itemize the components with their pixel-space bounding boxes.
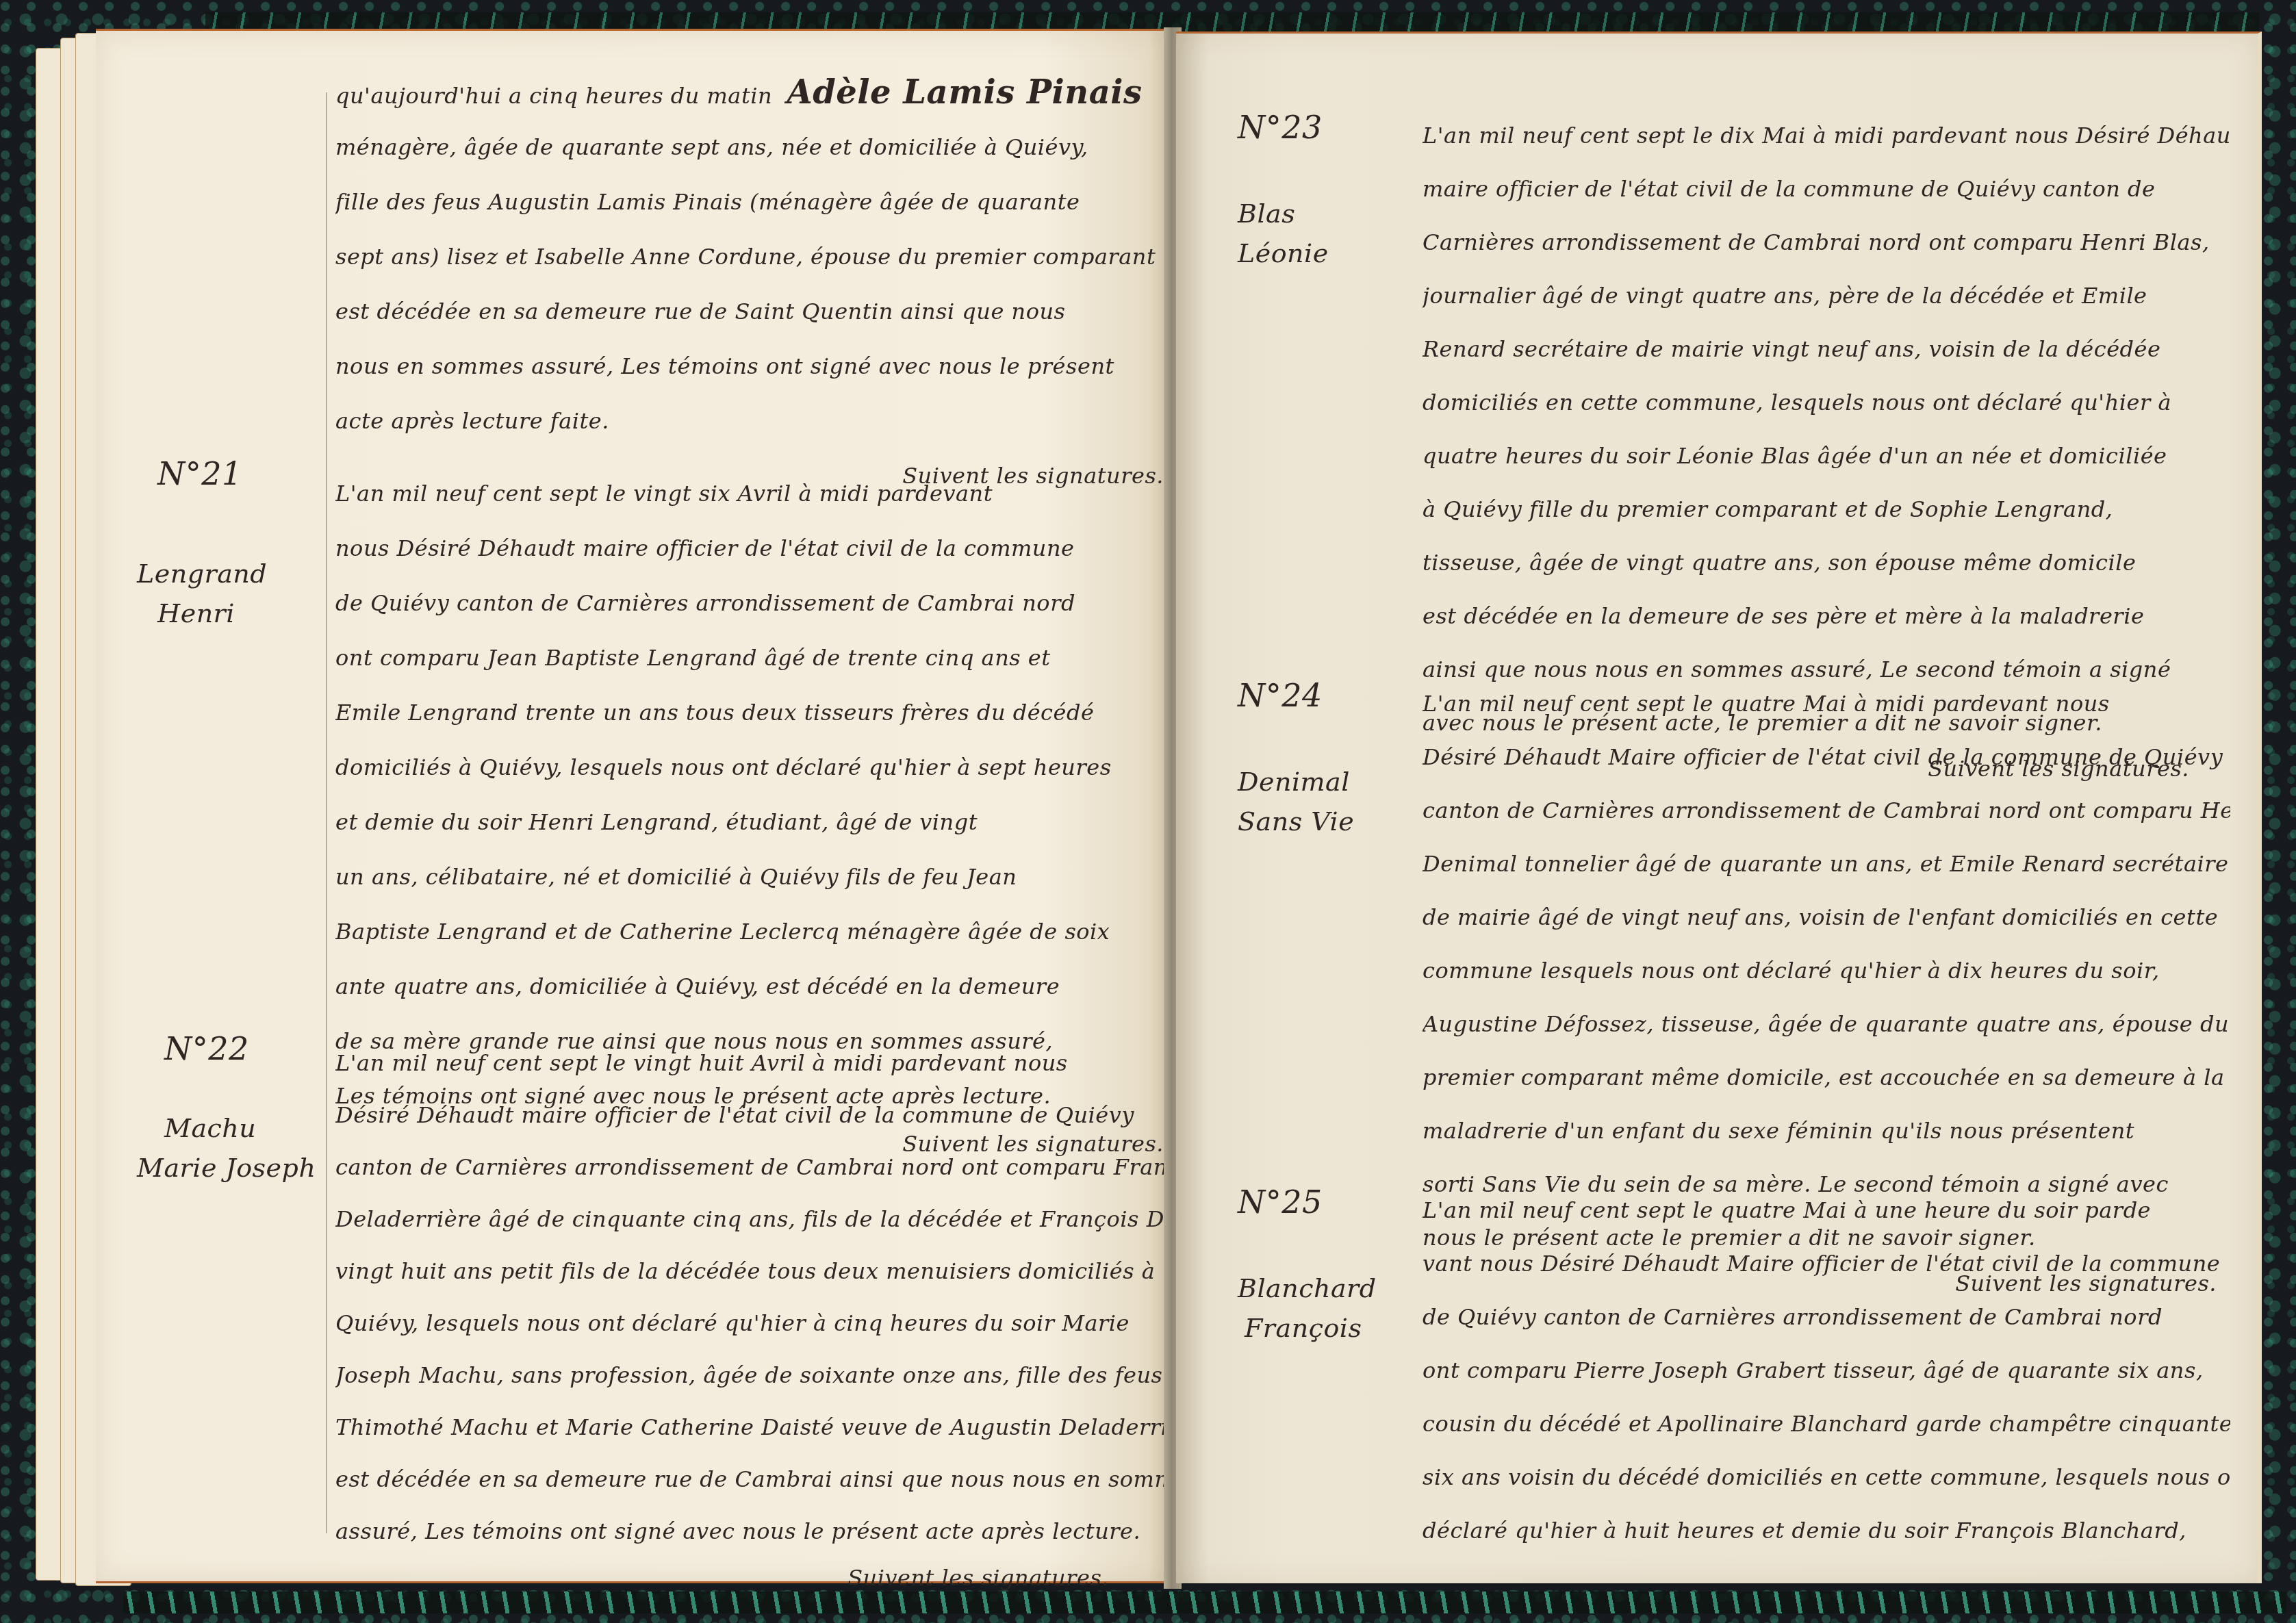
- entry-text-line: acte après lecture faite.: [335, 394, 1205, 448]
- entry-text-line: ante quatre ans, domiciliée à Quiévy, es…: [335, 959, 1205, 1014]
- right-page: N°23 Blas Léonie L'an mil neuf cent sept…: [1176, 31, 2262, 1583]
- entry-text-line: premier comparant même domicile, est acc…: [1423, 1051, 2230, 1104]
- entry-number: N°25: [1238, 1184, 1402, 1221]
- entry-continuation: qu'aujourd'hui a cinq heures du matin Ad…: [335, 65, 1205, 503]
- entry-text-line: L'an mil neuf cent sept le dix Mai à mid…: [1423, 109, 2230, 162]
- entry-text-line: L'an mil neuf cent sept le vingt six Avr…: [335, 466, 1205, 521]
- margin-given-name: Léonie: [1238, 233, 1402, 273]
- entry-text-line: maladrerie d'un enfant du sexe féminin q…: [1423, 1104, 2230, 1158]
- entry-text-line: est décédée en sa demeure rue de Cambrai…: [335, 1453, 1205, 1505]
- entry-text-line: nous Désiré Déhaudt maire officier de l'…: [335, 521, 1205, 576]
- entry-text-line: vant nous Désiré Déhaudt Maire officier …: [1423, 1237, 2230, 1290]
- left-page: qu'aujourd'hui a cinq heures du matin Ad…: [96, 29, 1171, 1583]
- entry-text-line: ont comparu Pierre Joseph Grabert tisseu…: [1423, 1344, 2230, 1397]
- margin-surname: Blanchard: [1238, 1268, 1402, 1308]
- entry-text-line: de Quiévy canton de Carnières arrondisse…: [1423, 1290, 2230, 1344]
- entry-margin-24: N°24 Denimal Sans Vie: [1238, 677, 1402, 841]
- margin-given-name: François: [1238, 1308, 1402, 1348]
- margin-surname: Lengrand: [137, 554, 315, 593]
- entry-22-body: L'an mil neuf cent sept le vingt huit Av…: [335, 1037, 1205, 1598]
- entry-margin-22: N°22 Machu Marie Joseph: [137, 1030, 329, 1188]
- entry-text-line: canton de Carnières arrondissement de Ca…: [1423, 784, 2230, 837]
- entry-text-line: Désiré Déhaudt maire officier de l'état …: [335, 1089, 1205, 1141]
- entry-number: N°24: [1238, 677, 1402, 714]
- entry-number: N°23: [1238, 109, 1402, 146]
- entry-text-line: Augustine Défossez, tisseuse, âgée de qu…: [1423, 997, 2230, 1051]
- entry-text-line: Emile Lengrand trente un ans tous deux t…: [335, 685, 1205, 740]
- entry-text-line: tisseuse, âgée de vingt quatre ans, son …: [1423, 536, 2230, 589]
- entry-text-line: nous en sommes assuré, Les témoins ont s…: [335, 339, 1205, 394]
- entry-text-line: Deladerrière âgé de cinquante cinq ans, …: [335, 1193, 1205, 1245]
- entry-text-line: L'an mil neuf cent sept le quatre Mai à …: [1423, 677, 2230, 730]
- left-margin-rule: [326, 92, 327, 1533]
- entry-text-line: à Quiévy fille du premier comparant et d…: [1423, 483, 2230, 536]
- entry-text-line: ont comparu Jean Baptiste Lengrand âgé d…: [335, 630, 1205, 685]
- entry-text-line: Denimal tonnelier âgé de quarante un ans…: [1423, 837, 2230, 891]
- entry-text-line: Joseph Machu, sans profession, âgée de s…: [335, 1349, 1205, 1401]
- entry-text-line: commune lesquels nous ont déclaré qu'hie…: [1423, 944, 2230, 997]
- deceased-name: Adèle Lamis Pinais: [787, 73, 1142, 112]
- entry-text-line: vingt huit ans petit fils de la décédée …: [335, 1245, 1205, 1297]
- entry-text-line: qu'aujourd'hui a cinq heures du matin: [335, 83, 772, 109]
- margin-surname: Machu: [137, 1108, 329, 1148]
- entry-text-line: Baptiste Lengrand et de Catherine Lecler…: [335, 904, 1205, 959]
- entry-text-line: domiciliés à Quiévy, lesquels nous ont d…: [335, 740, 1205, 795]
- entry-text-line: fille des feus Augustin Lamis Pinais (mé…: [335, 175, 1205, 229]
- entry-text-line: est décédée en la demeure de ses père et…: [1423, 589, 2230, 643]
- entry-text-line: canton de Carnières arrondissement de Ca…: [335, 1141, 1205, 1193]
- entry-margin-23: N°23 Blas Léonie: [1238, 109, 1402, 273]
- margin-given-name: Sans Vie: [1238, 802, 1402, 841]
- entry-number: N°21: [137, 455, 315, 492]
- entry-text-line: sept ans) lisez et Isabelle Anne Cordune…: [335, 229, 1205, 284]
- entry-text-line: et demie du soir Henri Lengrand, étudian…: [335, 795, 1205, 849]
- margin-given-name: Henri: [137, 593, 315, 633]
- entry-text-line: un ans, célibataire, né et domicilié à Q…: [335, 849, 1205, 904]
- entry-text-line: cousin du décédé et Apollinaire Blanchar…: [1423, 1397, 2230, 1451]
- entry-text-line: déclaré qu'hier à huit heures et demie d…: [1423, 1504, 2230, 1557]
- entry-text-line: Thimothé Machu et Marie Catherine Daisté…: [335, 1401, 1205, 1453]
- entry-text-line: quatre heures du soir Léonie Blas âgée d…: [1423, 429, 2230, 483]
- entry-text-line: L'an mil neuf cent sept le vingt huit Av…: [335, 1037, 1205, 1089]
- entry-text-line: est décédée en sa demeure rue de Saint Q…: [335, 284, 1205, 339]
- entry-text-line: assuré, Les témoins ont signé avec nous …: [335, 1505, 1205, 1557]
- margin-given-name: Marie Joseph: [137, 1148, 329, 1188]
- entry-text-line: domiciliés en cette commune, lesquels no…: [1423, 376, 2230, 429]
- entry-text-line: journalier âgé de vingt quatre ans, père…: [1423, 269, 2230, 322]
- entry-25-body: L'an mil neuf cent sept le quatre Mai à …: [1423, 1184, 2230, 1557]
- entry-text-line: de Quiévy canton de Carnières arrondisse…: [335, 576, 1205, 630]
- entry-text-line: ménagère, âgée de quarante sept ans, née…: [335, 120, 1205, 175]
- entry-text-line: maire officier de l'état civil de la com…: [1423, 162, 2230, 216]
- entry-text-line: six ans voisin du décédé domiciliés en c…: [1423, 1451, 2230, 1504]
- entry-text-line: Quiévy, lesquels nous ont déclaré qu'hie…: [335, 1297, 1205, 1349]
- margin-surname: Denimal: [1238, 762, 1402, 802]
- signatures-note: Suivent les signatures.: [335, 1557, 1205, 1598]
- entry-text-line: de mairie âgé de vingt neuf ans, voisin …: [1423, 891, 2230, 944]
- entry-text-line: Carnières arrondissement de Cambrai nord…: [1423, 216, 2230, 269]
- entry-margin-25: N°25 Blanchard François: [1238, 1184, 1402, 1348]
- entry-text-line: Renard secrétaire de mairie vingt neuf a…: [1423, 322, 2230, 376]
- margin-surname: Blas: [1238, 194, 1402, 233]
- entry-number: N°22: [137, 1030, 329, 1067]
- entry-text-line: L'an mil neuf cent sept le quatre Mai à …: [1423, 1184, 2230, 1237]
- entry-margin-21: N°21 Lengrand Henri: [137, 455, 315, 633]
- entry-text-line: Désiré Déhaudt Maire officier de l'état …: [1423, 730, 2230, 784]
